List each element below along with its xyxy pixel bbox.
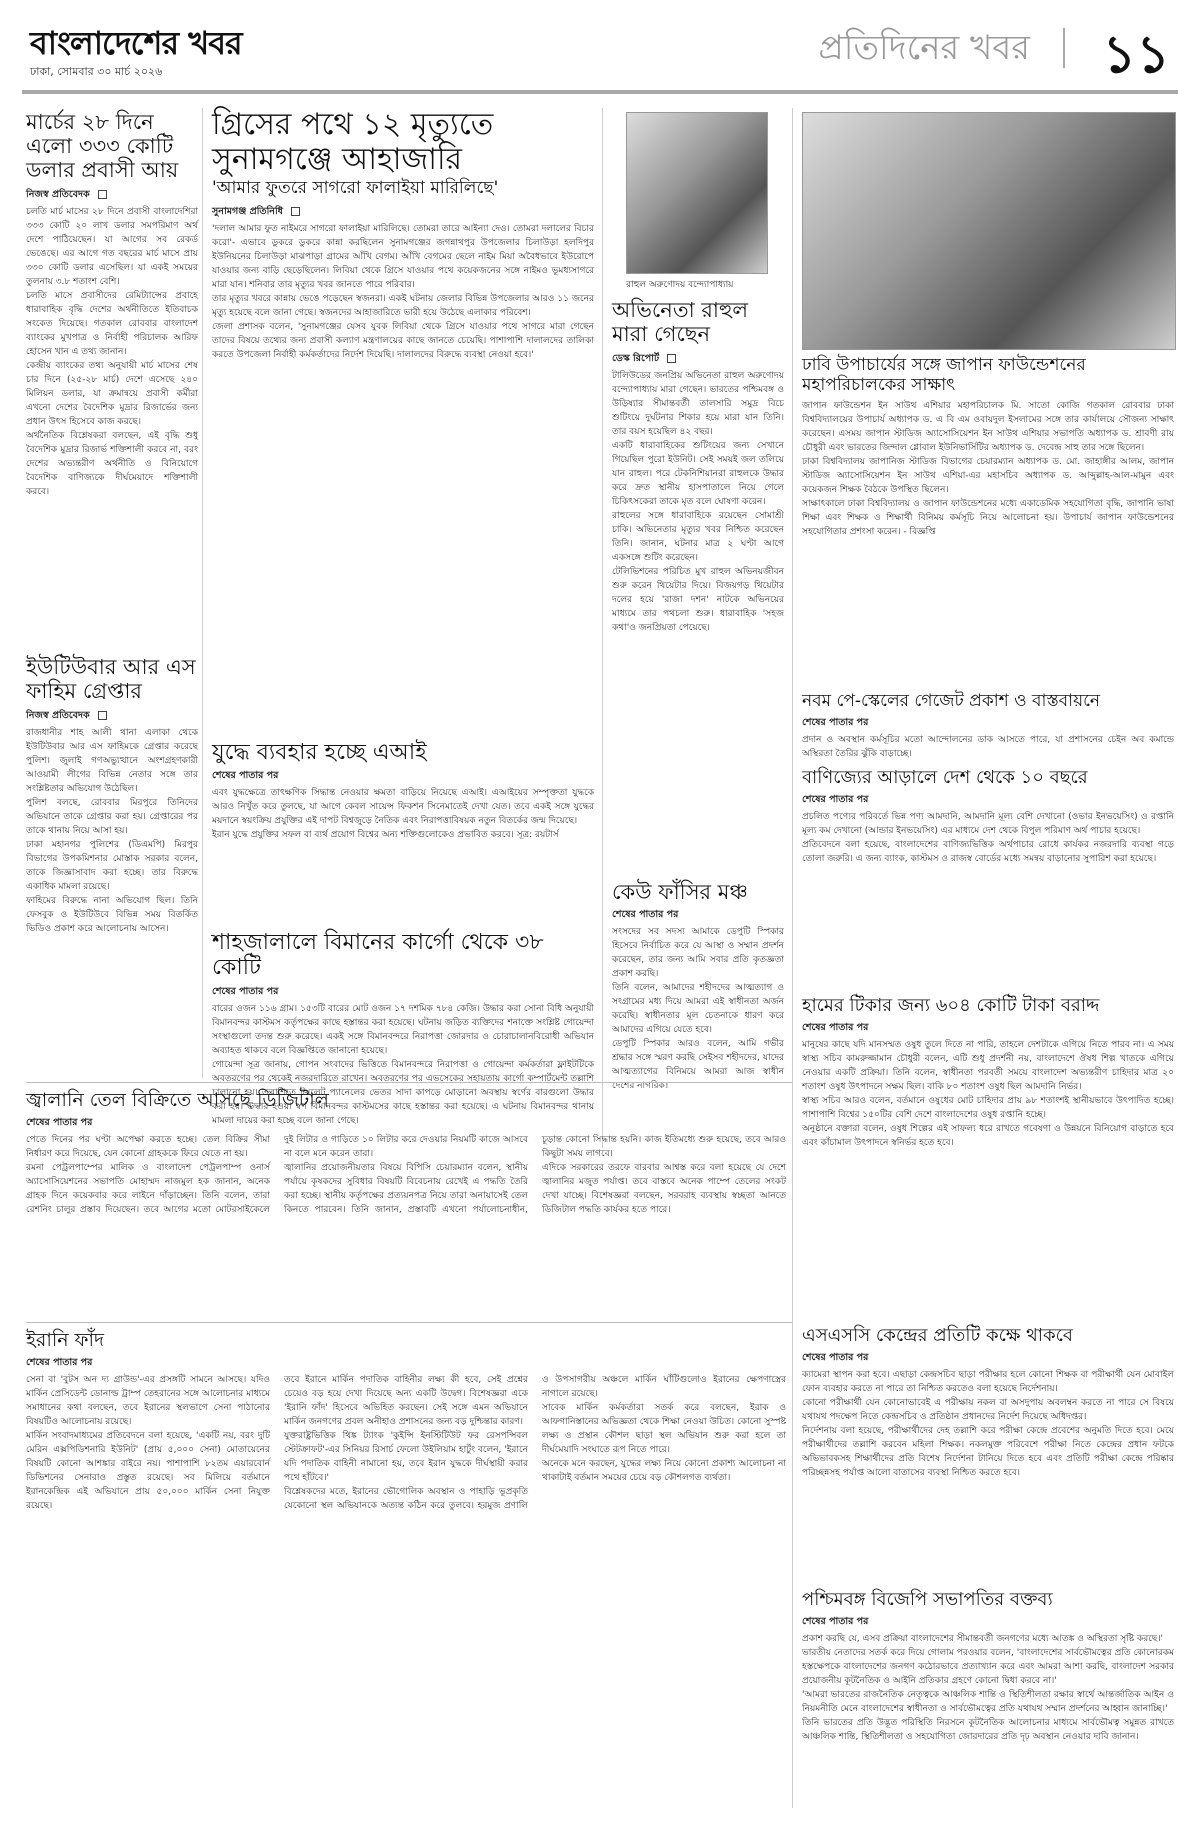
headline: মার্চের ২৮ দিনে এলো ৩৩৩ কোটি ডলার প্রবাস…	[26, 110, 198, 182]
headline: শাহজালালে বিমানের কার্গো থেকে ৩৮ কোটি	[212, 930, 594, 981]
bullet-box-icon	[98, 190, 107, 199]
byline: সুনামগঞ্জ প্রতিনিধি	[212, 205, 594, 220]
kicker: শেষের পাতার পর	[612, 908, 784, 923]
kicker: শেষের পাতার পর	[802, 716, 1174, 731]
headline: অভিনেতা রাহুল মারা গেছেন	[612, 298, 784, 346]
headline: যুদ্ধে ব্যবহার হচ্ছে এআই	[212, 740, 594, 765]
headline: কেউ ফাঁসির মঞ্চ	[612, 880, 784, 904]
article-body: রাজধানীর শাহ আলী থানা এলাকা থেকে ইউটিউবা…	[26, 726, 198, 936]
headline: ইরানি ফাঁদ	[26, 1330, 786, 1352]
article-trade-laundering: বাণিজ্যের আড়ালে দেশ থেকে ১০ বছরে শেষের …	[802, 768, 1174, 866]
headline: জ্বালানি তেল বিক্রিতে আসছে ডিজিটাল	[26, 1090, 786, 1112]
kicker: শেষের পাতার পর	[212, 985, 594, 1000]
article-body: পেতে দিনের পর ঘণ্টা অপেক্ষা করতে হচ্ছে। …	[26, 1133, 786, 1308]
kicker: শেষের পাতার পর	[26, 1356, 786, 1371]
headline: এসএসসি কেন্দ্রের প্রতিটি কক্ষে থাকবে	[802, 1326, 1174, 1347]
byline: ডেস্ক রিপোর্ট	[612, 352, 784, 367]
kicker: শেষের পাতার পর	[802, 1021, 1174, 1036]
article-remittance: মার্চের ২৮ দিনে এলো ৩৩৩ কোটি ডলার প্রবাস…	[26, 110, 198, 499]
column-divider	[792, 108, 793, 1808]
section-divider	[26, 1082, 792, 1083]
photo-caption: রাহুল অরুণোদয় বন্দ্যোপাধ্যায়	[626, 277, 784, 292]
section-divider	[26, 1322, 792, 1323]
article-body: সেনা বা 'বুটস অন দ্য গ্রাউন্ড'-এর প্রসঙ্…	[26, 1373, 786, 1842]
headline: হামের টিকার জন্য ৬০৪ কোটি টাকা বরাদ্দ	[802, 996, 1174, 1017]
byline: নিজস্ব প্রতিবেদক	[26, 188, 198, 203]
issue-date: ঢাকা, সোমবার ৩০ মার্চ ২০২৬	[30, 63, 162, 82]
article-du-japan: ঢাবি উপাচার্যের সঙ্গে জাপান ফাউন্ডেশনের …	[802, 112, 1174, 539]
bullet-box-icon	[98, 711, 107, 720]
article-greece: গ্রিসের পথে ১২ মৃত্যুতে সুনামগঞ্জে আহাজা…	[212, 108, 594, 362]
bullet-box-icon	[291, 207, 300, 216]
column-divider	[202, 108, 203, 1078]
headline-line-2: সুনামগঞ্জে আহাজারি	[212, 143, 594, 178]
article-body: সংসদের সব সদস্য আমাকে ডেপুটি স্পিকার হিস…	[612, 925, 784, 1093]
article-ssc-exam: এসএসসি কেন্দ্রের প্রতিটি কক্ষে থাকবে শেষ…	[802, 1326, 1174, 1480]
section-title: প্রতিদিনের খবর	[818, 22, 1030, 79]
headline: ঢাবি উপাচার্যের সঙ্গে জাপান ফাউন্ডেশনের …	[802, 356, 1174, 395]
meeting-photo	[802, 112, 1176, 350]
headline: বাণিজ্যের আড়ালে দেশ থেকে ১০ বছরে	[802, 768, 1174, 789]
article-measles-vaccine: হামের টিকার জন্য ৬০৪ কোটি টাকা বরাদ্দ শে…	[802, 996, 1174, 1150]
article-body: মানুষের কাছে যদি মানসম্মত ওষুধ তুলে দিতে…	[802, 1038, 1174, 1150]
article-body: প্রচলিত পণ্যের পরিবর্তে ভিন্ন পণ্য আমদান…	[802, 810, 1174, 866]
article-body: জাপান ফাউন্ডেশন ইন সাউথ এশিয়ার মহাপরিচা…	[802, 399, 1174, 539]
article-ai-war: যুদ্ধে ব্যবহার হচ্ছে এআই শেষের পাতার পর …	[212, 740, 594, 842]
headline: ইউটিউবার আর এস ফাহিম গ্রেপ্তার	[26, 655, 198, 703]
header-separator	[1063, 28, 1065, 68]
article-body: টালিউডের জনপ্রিয় অভিনেতা রাহুল অরুণোদয়…	[612, 369, 784, 635]
article-body: ক্যামেরা স্থাপন করা হবে। এছাড়া কেন্দ্রস…	[802, 1368, 1174, 1480]
page-number: ১১	[1103, 14, 1171, 101]
byline: নিজস্ব প্রতিবেদক	[26, 709, 198, 724]
article-fuel-digital: জ্বালানি তেল বিক্রিতে আসছে ডিজিটাল শেষের…	[26, 1090, 786, 1308]
actor-photo	[626, 112, 768, 274]
kicker: শেষের পাতার পর	[26, 1116, 786, 1131]
headline-line-1: গ্রিসের পথে ১২ মৃত্যুতে	[212, 108, 594, 143]
kicker: শেষের পাতার পর	[802, 1351, 1174, 1366]
article-body: 'দলাল আমার ফুত নাইমরে সাগরো ফালাইয়া মার…	[212, 222, 594, 362]
subheadline: 'আমার ফুতরে সাগরো ফালাইয়া মারিলিছে'	[212, 179, 594, 199]
column-divider	[602, 108, 603, 1148]
bullet-box-icon	[667, 354, 676, 363]
headline: নবম পে-স্কেলের গেজেট প্রকাশ ও বাস্তবায়ন…	[802, 692, 1174, 712]
kicker: শেষের পাতার পর	[802, 1615, 1174, 1630]
article-body: চলতি মার্চ মাসের ২৮ দিনে প্রবাসী বাংলাদে…	[26, 205, 198, 499]
article-youtuber: ইউটিউবার আর এস ফাহিম গ্রেপ্তার নিজস্ব প্…	[26, 655, 198, 936]
article-deputy-speaker: কেউ ফাঁসির মঞ্চ শেষের পাতার পর সংসদের সব…	[612, 880, 784, 1093]
article-body: এবং যুদ্ধক্ষেত্রে তাৎক্ষণিক সিদ্ধান্ত নে…	[212, 786, 594, 842]
headline: পশ্চিমবঙ্গ বিজেপি সভাপতির বক্তব্য	[802, 1590, 1174, 1611]
header-rule	[22, 90, 1178, 94]
article-body: প্রকাশ করছি যে, এসব প্রক্রিয়া বাংলাদেশে…	[802, 1632, 1174, 1744]
kicker: শেষের পাতার পর	[802, 793, 1174, 808]
kicker: শেষের পাতার পর	[212, 769, 594, 784]
article-west-bengal-bjp: পশ্চিমবঙ্গ বিজেপি সভাপতির বক্তব্য শেষের …	[802, 1590, 1174, 1744]
article-body: প্রদান ও অবস্থান কর্মসূচির মতো আন্দোলনের…	[802, 733, 1174, 761]
article-actor-rahul: রাহুল অরুণোদয় বন্দ্যোপাধ্যায় অভিনেতা র…	[612, 112, 784, 635]
article-iran-trap: ইরানি ফাঁদ শেষের পাতার পর সেনা বা 'বুটস …	[26, 1330, 786, 1842]
article-pay-scale: নবম পে-স্কেলের গেজেট প্রকাশ ও বাস্তবায়ন…	[802, 692, 1174, 761]
